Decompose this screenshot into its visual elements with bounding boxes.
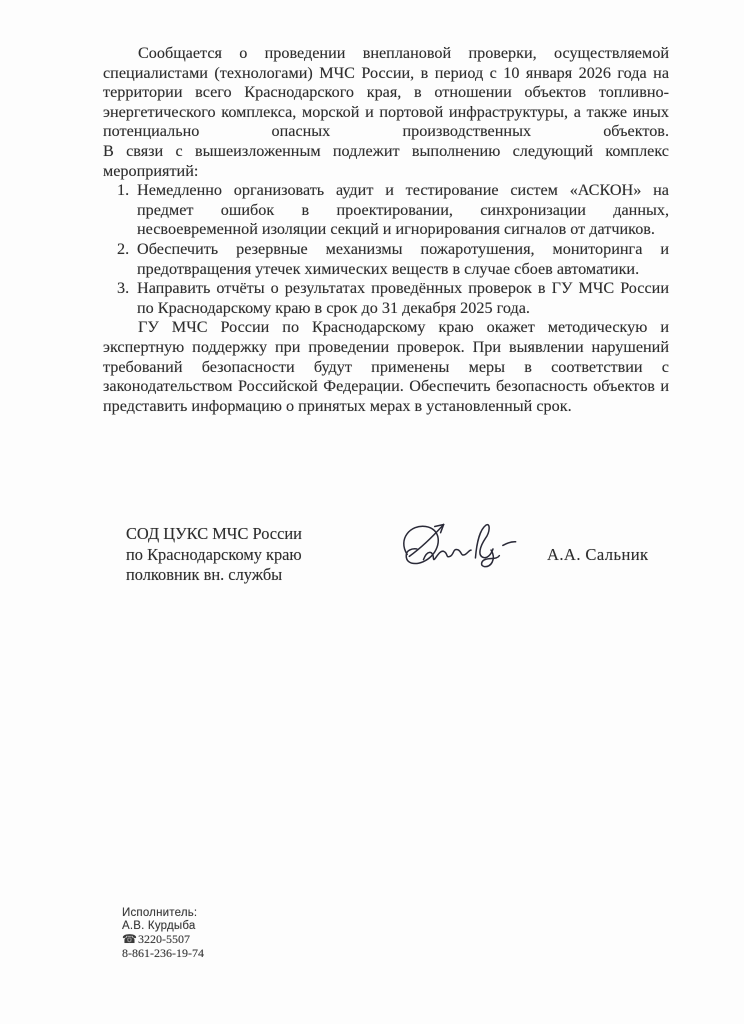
executor-phone-city: 8-861-236-19-74 — [122, 947, 204, 960]
measure-text: Направить отчёты о результатах проведённ… — [137, 279, 669, 317]
measure-number: 1. — [117, 181, 129, 201]
handwritten-signature-icon — [388, 509, 520, 592]
executor-phone-internal: 3220-5507 — [138, 932, 190, 946]
measure-number: 3. — [117, 279, 129, 299]
paragraph-intro: Сообщается о проведении внеплановой пров… — [103, 44, 669, 142]
measure-text: Немедленно организовать аудит и тестиров… — [137, 181, 669, 238]
executor-phone-internal-line: ☎3220-5507 — [122, 933, 204, 946]
letter-body: Сообщается о проведении внеплановой пров… — [103, 44, 669, 416]
scanned-letter-page: Сообщается о проведении внеплановой пров… — [0, 0, 744, 1024]
measure-item-2: 2. Обеспечить резервные механизмы пожаро… — [103, 240, 669, 279]
phone-icon: ☎ — [122, 932, 137, 946]
measure-text: Обеспечить резервные механизмы пожаротуш… — [137, 240, 669, 278]
signature-org-line-1: СОД ЦУКС МЧС России — [126, 524, 302, 545]
measure-item-1: 1. Немедленно организовать аудит и тести… — [103, 181, 669, 240]
paragraph-directive: В связи с вышеизложенным подлежит выполн… — [103, 142, 669, 181]
executor-block: Исполнитель: А.В. Курдыба ☎3220-5507 8-8… — [122, 907, 204, 960]
measures-list: 1. Немедленно организовать аудит и тести… — [103, 181, 669, 318]
signature-org-block: СОД ЦУКС МЧС России по Краснодарскому кр… — [126, 524, 302, 586]
measure-item-3: 3. Направить отчёты о результатах провед… — [103, 279, 669, 318]
paragraph-support: ГУ МЧС России по Краснодарскому краю ока… — [103, 318, 669, 416]
signatory-name: А.А. Сальник — [547, 545, 648, 565]
signature-org-line-3: полковник вн. службы — [126, 565, 302, 586]
executor-label: Исполнитель: — [122, 907, 204, 920]
signature-org-line-2: по Краснодарскому краю — [126, 545, 302, 566]
measure-number: 2. — [117, 240, 129, 260]
